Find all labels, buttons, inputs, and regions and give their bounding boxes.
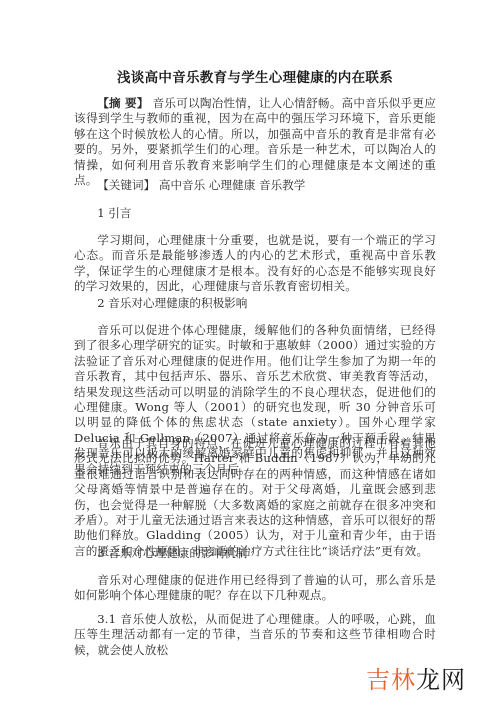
keywords-line: 【关键词】 高中音乐 心理健康 音乐教学 bbox=[74, 178, 436, 193]
abstract-label: 【摘 要】 bbox=[97, 96, 149, 110]
site-watermark-logo: 吉林龙网 bbox=[366, 660, 466, 695]
section-heading-2: 2 音乐对心理健康的积极影响 bbox=[74, 296, 436, 311]
page-title: 浅谈高中音乐教育与学生心理健康的内在联系 bbox=[74, 66, 436, 86]
section-3-paragraph-2: 3.1 音乐使人放松，从而促进了心理健康。人的呼吸，心跳，血压等生理活动都有一定… bbox=[74, 612, 436, 658]
keywords-label: 【关键词】 bbox=[97, 178, 155, 192]
watermark-part1: 吉林 bbox=[366, 666, 416, 694]
section-heading-1: 1 引言 bbox=[74, 206, 436, 221]
watermark-part2: 龙网 bbox=[416, 666, 466, 694]
section-1-paragraph-1: 学习期间，心理健康十分重要，也就是说，要有一个端正的学习心态。而音乐是最能够渗透… bbox=[74, 233, 436, 295]
section-heading-3: 3 音乐对心理健康的影响机制 bbox=[74, 546, 436, 561]
keywords-text: 高中音乐 心理健康 音乐教学 bbox=[155, 178, 305, 192]
section-3-paragraph-1: 音乐对心理健康的促进作用已经得到了普遍的认可，那么音乐是如何影响个体心理健康的呢… bbox=[74, 573, 436, 604]
abstract-paragraph: 【摘 要】 音乐可以陶冶性情，让人心情舒畅。高中音乐似乎更应该得到学生与教师的重… bbox=[74, 96, 436, 188]
section-2-paragraph-2: 音乐由于其自身的特点，在促进儿童心理健康的过程中有着其他形式无法比拟的优势。Ha… bbox=[74, 436, 436, 559]
